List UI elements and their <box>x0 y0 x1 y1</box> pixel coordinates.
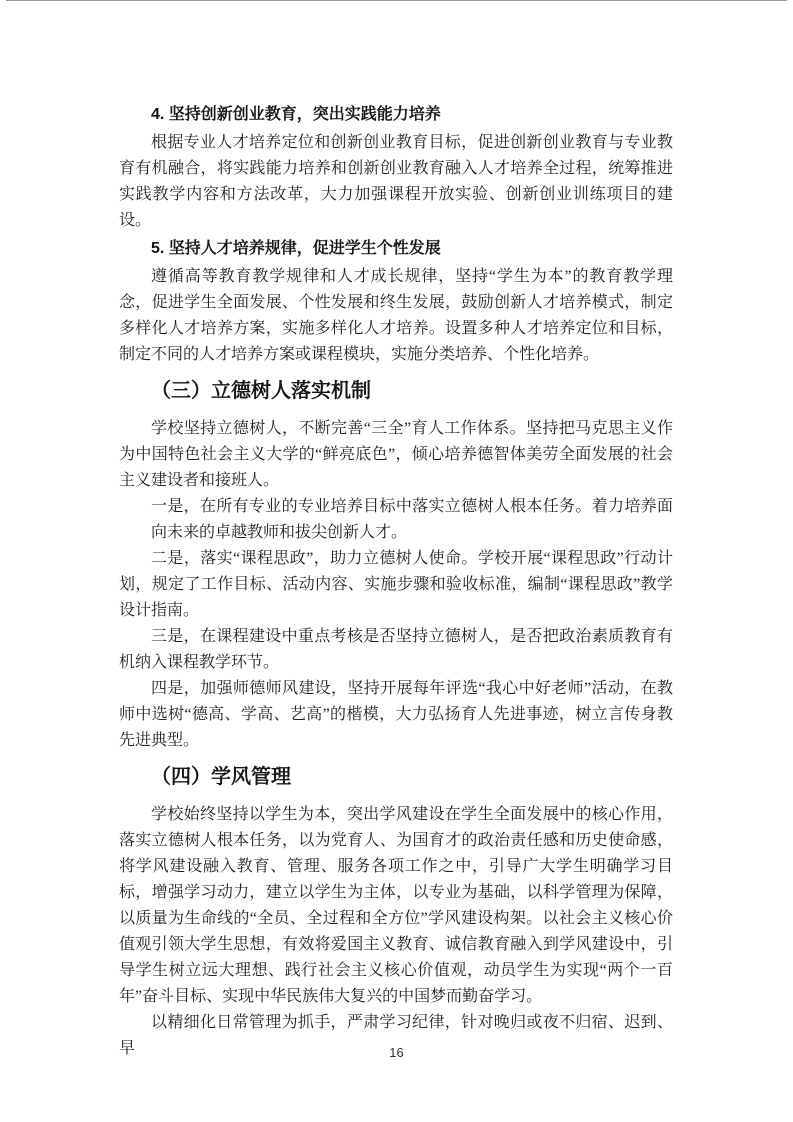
paragraph: 学校始终坚持以学生为本，突出学风建设在学生全面发展中的核心作用，落实立德树人根本… <box>119 802 673 1010</box>
paragraph-list-item-3: 三是，在课程建设中重点考核是否坚持立德树人，是否把政治素质教育有机纳入课程教学环… <box>119 624 673 676</box>
paragraph-list-item-4: 四是，加强师德师风建设，坚持开展每年评选“我心中好老师”活动，在教师中选树“德高… <box>119 676 673 754</box>
numbered-heading-4: 4. 坚持创新创业教育，突出实践能力培养 <box>119 100 673 130</box>
section-heading-three: （三）立德树人落实机制 <box>119 376 673 406</box>
paragraph: 学校坚持立德树人，不断完善“三全”育人工作体系。坚持把马克思主义作为中国特色社会… <box>119 416 673 494</box>
paragraph: 根据专业人才培养定位和创新创业教育目标，促进创新创业教育与专业教育有机融合，将实… <box>119 130 673 234</box>
page-number: 16 <box>0 1045 793 1060</box>
paragraph-list-item-1: 一是，在所有专业的专业培养目标中落实立德树人根本任务。着力培养面向未来的卓越教师… <box>151 494 673 546</box>
page-content: 4. 坚持创新创业教育，突出实践能力培养 根据专业人才培养定位和创新创业教育目标… <box>119 100 673 1062</box>
paragraph-list-item-2: 二是，落实“课程思政”，助力立德树人使命。学校开展“课程思政”行动计划，规定了工… <box>119 546 673 624</box>
section-heading-four: （四）学风管理 <box>119 762 673 792</box>
page-top-edge <box>6 0 787 1</box>
document-page: 4. 坚持创新创业教育，突出实践能力培养 根据专业人才培养定位和创新创业教育目标… <box>0 0 793 1122</box>
paragraph: 遵循高等教育教学规律和人才成长规律，坚持“学生为本”的教育教学理念，促进学生全面… <box>119 264 673 368</box>
numbered-heading-5: 5. 坚持人才培养规律，促进学生个性发展 <box>119 234 673 264</box>
